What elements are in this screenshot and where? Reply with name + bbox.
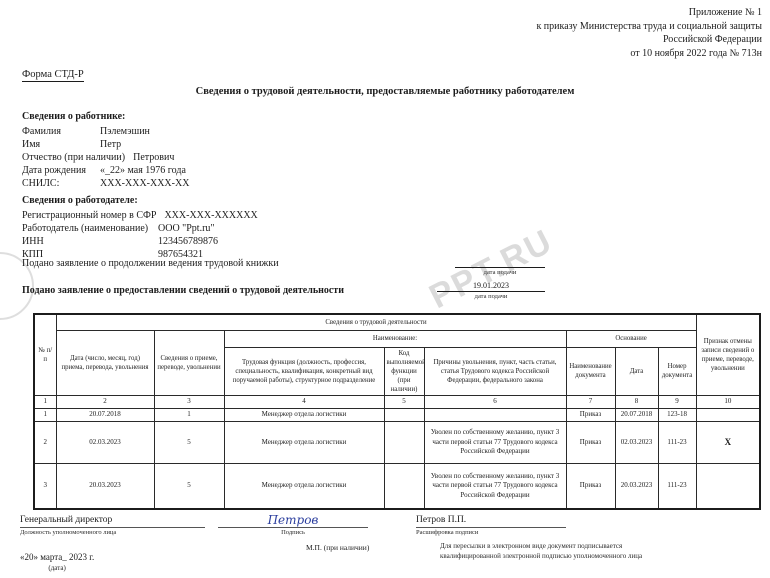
cell-no: 2 (34, 421, 56, 463)
annex-note-line: Российской Федерации (536, 33, 762, 47)
form-code-label: Форма СТД-Р (22, 69, 84, 80)
cell-doc: Приказ (566, 408, 615, 421)
cell-event-info: 1 (154, 408, 224, 421)
col-number: 1 (34, 396, 56, 408)
cell-cancel (696, 408, 760, 421)
cell-function: Менеджер отдела логистики (224, 408, 384, 421)
table-row: 1 20.07.2018 1 Менеджер отдела логистики… (34, 408, 760, 421)
statement-date-block: дата подачи (455, 256, 545, 276)
cell-code (384, 421, 424, 463)
field-value: «_22» мая 1976 года (100, 165, 186, 176)
cell-event-date: 20.03.2023 (56, 463, 154, 509)
cell-no: 3 (34, 463, 56, 509)
field-label: Фамилия (22, 125, 92, 138)
col-number: 5 (384, 396, 424, 408)
worker-surname-line: ФамилияПэлемэшин (22, 125, 189, 138)
cell-doc-date: 02.03.2023 (615, 421, 658, 463)
employment-activity-table: № п/п Сведения о трудовой деятельности П… (33, 313, 761, 510)
cell-function: Менеджер отдела логистики (224, 463, 384, 509)
band-header-basis: Основание (566, 330, 696, 347)
cell-doc-num: 123-18 (658, 408, 696, 421)
handwritten-signature: Петров (218, 514, 368, 528)
band-header-name: Наименование: (224, 330, 566, 347)
date-line-label: дата подачи (455, 268, 545, 276)
cell-reason: Уволен по собственному желанию, пункт 3 … (424, 421, 566, 463)
footer-date: «20» марта_ 2023 г. (20, 552, 94, 562)
field-value: XXX-XXX-XXXXXX (164, 210, 257, 221)
col-number: 6 (424, 396, 566, 408)
col-header-doc-name: Наименование документа (566, 347, 615, 396)
col-number: 2 (56, 396, 154, 408)
table-row: 2 02.03.2023 5 Менеджер отдела логистики… (34, 421, 760, 463)
cell-event-info: 5 (154, 463, 224, 509)
cell-reason: Уволен по собственному желанию, пункт 3 … (424, 463, 566, 509)
digital-note-line: Для пересылки в электронном виде докумен… (440, 541, 750, 551)
worker-section-title: Сведения о работнике: (22, 110, 189, 123)
field-value: 123456789876 (158, 236, 218, 247)
col-header-event-info: Сведения о приеме, переводе, увольнении (154, 330, 224, 396)
cell-doc-num: 111-23 (658, 463, 696, 509)
cell-reason (424, 408, 566, 421)
employer-section-title: Сведения о работодателе: (22, 194, 258, 207)
cell-function: Менеджер отдела логистики (224, 421, 384, 463)
cell-doc-num: 111-23 (658, 421, 696, 463)
field-label: Отчество (при наличии) (22, 151, 125, 164)
cell-doc: Приказ (566, 463, 615, 509)
field-value: Петрович (133, 152, 174, 163)
employer-inn-line: ИНН123456789876 (22, 235, 258, 248)
col-number: 9 (658, 396, 696, 408)
table-row: 3 20.03.2023 5 Менеджер отдела логистики… (34, 463, 760, 509)
field-label: СНИЛС: (22, 177, 92, 190)
date-line (455, 256, 545, 268)
cell-doc: Приказ (566, 421, 615, 463)
column-numbers-row: 1 2 3 4 5 6 7 8 9 10 (34, 396, 760, 408)
cell-code (384, 463, 424, 509)
col-header-doc-date: Дата (615, 347, 658, 396)
digital-note-line: квалифицированной электронной подписью у… (440, 551, 750, 561)
signer-position-block: Генеральный директор Должность уполномоч… (20, 514, 205, 536)
col-header-event-date: Дата (число, месяц, год) приема, перевод… (56, 330, 154, 396)
field-label: Регистрационный номер в СФР (22, 209, 156, 222)
field-value: Пэлемэшин (100, 126, 150, 137)
signature-decryption-block: Петров П.П. Расшифровка подписи (416, 514, 566, 536)
cell-code (384, 408, 424, 421)
col-number: 7 (566, 396, 615, 408)
statement-text: Подано заявление о предоставлении сведен… (22, 285, 344, 296)
footer-date-block: «20» марта_ 2023 г. (дата) (20, 552, 94, 572)
field-value: XXX-XXX-XXX-XX (100, 178, 189, 189)
cell-event-info: 5 (154, 421, 224, 463)
signature-block: Петров Подпись (218, 514, 368, 536)
cell-event-date: 20.07.2018 (56, 408, 154, 421)
field-label: Работодатель (наименование) (22, 222, 150, 235)
stamp-note: М.П. (при наличии) (306, 543, 369, 552)
worker-name-line: ИмяПетр (22, 138, 189, 151)
field-label: Дата рождения (22, 164, 92, 177)
field-value: ООО "Ppt.ru" (158, 223, 215, 234)
signer-position-label: Должность уполномоченного лица (20, 528, 205, 536)
col-header-doc-number: Номер документа (658, 347, 696, 396)
field-label: ИНН (22, 235, 150, 248)
field-label: Имя (22, 138, 92, 151)
date-line-label: дата подачи (437, 292, 545, 300)
annex-note-line: от 10 ноября 2022 года № 713н (536, 47, 762, 61)
signer-position: Генеральный директор (20, 514, 205, 528)
col-header-number: № п/п (34, 314, 56, 396)
col-number: 4 (224, 396, 384, 408)
cell-doc-date: 20.07.2018 (615, 408, 658, 421)
worker-birthdate-line: Дата рождения«_22» мая 1976 года (22, 164, 189, 177)
cell-no: 1 (34, 408, 56, 421)
cell-doc-date: 20.03.2023 (615, 463, 658, 509)
cell-cancel: X (696, 421, 760, 463)
annex-note-line: к приказу Министерства труда и социально… (536, 20, 762, 34)
signer-fullname-label: Расшифровка подписи (416, 528, 566, 536)
cell-cancel (696, 463, 760, 509)
employer-section: Сведения о работодателе: Регистрационный… (22, 194, 258, 261)
col-header-cancel-flag: Признак отмены записи сведений о приеме,… (696, 314, 760, 396)
employer-name-line: Работодатель (наименование)ООО "Ppt.ru" (22, 222, 258, 235)
statement-date-block: 19.01.2023 дата подачи (437, 280, 545, 300)
col-number: 8 (615, 396, 658, 408)
employer-regnum-line: Регистрационный номер в СФРXXX-XXX-XXXXX… (22, 209, 258, 222)
statement-provide-info: Подано заявление о предоставлении сведен… (22, 280, 748, 302)
table-group-header: Сведения о трудовой деятельности (56, 314, 696, 330)
annex-note: Приложение № 1 к приказу Министерства тр… (536, 6, 762, 60)
col-header-function-code: Код выполняемой функции (при наличии) (384, 347, 424, 396)
signer-fullname: Петров П.П. (416, 514, 566, 528)
digital-signature-note: Для пересылки в электронном виде докумен… (440, 541, 750, 561)
document-title: Сведения о трудовой деятельности, предос… (0, 86, 770, 97)
footer-date-label: (дата) (20, 562, 94, 572)
worker-patronymic-line: Отчество (при наличии)Петрович (22, 151, 189, 164)
statement-text: Подано заявление о продолжении ведения т… (22, 258, 279, 269)
field-value: Петр (100, 139, 121, 150)
cell-event-date: 02.03.2023 (56, 421, 154, 463)
col-number: 3 (154, 396, 224, 408)
col-number: 10 (696, 396, 760, 408)
worker-snils-line: СНИЛС:XXX-XXX-XXX-XX (22, 177, 189, 190)
annex-note-line: Приложение № 1 (536, 6, 762, 20)
col-header-function: Трудовая функция (должность, профессия, … (224, 347, 384, 396)
col-header-dismissal-reason: Причины увольнения, пункт, часть статьи,… (424, 347, 566, 396)
worker-section: Сведения о работнике: ФамилияПэлемэшин И… (22, 110, 189, 190)
date-line: 19.01.2023 (437, 280, 545, 292)
signature-label: Подпись (218, 528, 368, 536)
statement-continue-book: Подано заявление о продолжении ведения т… (22, 256, 748, 278)
